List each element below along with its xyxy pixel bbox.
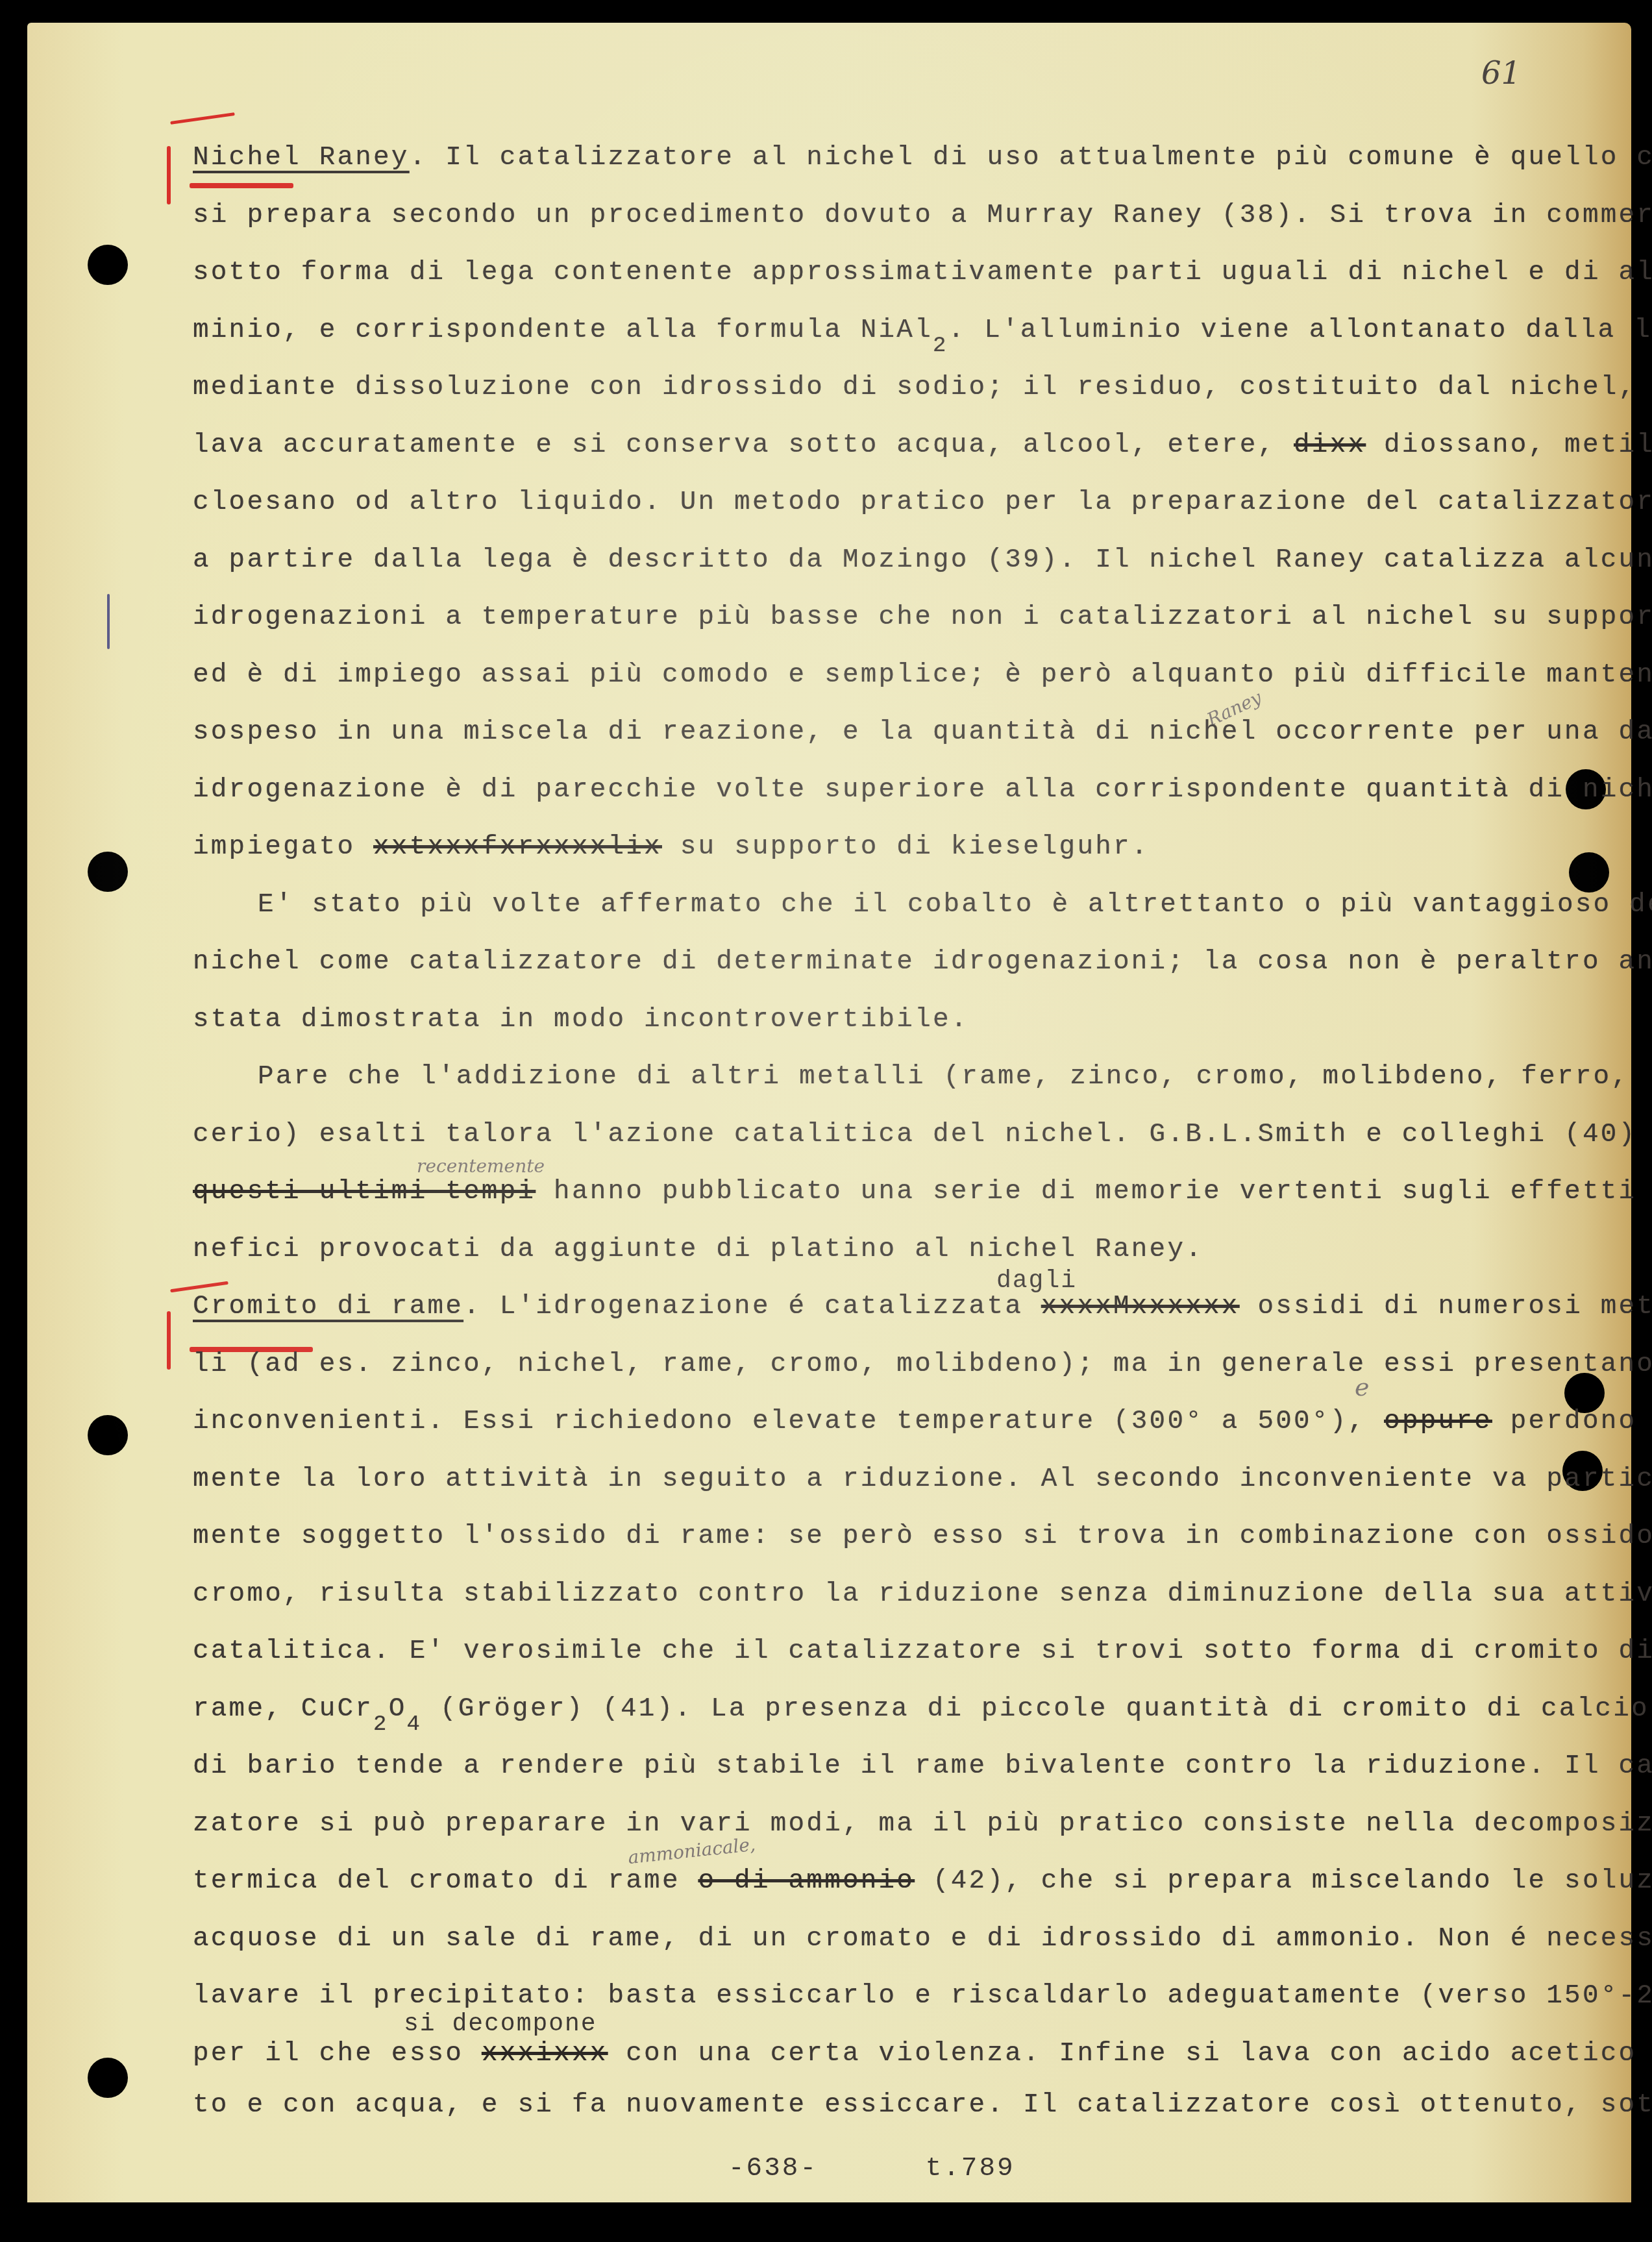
text-line: mediante dissoluzione con idrossido di s… [193, 373, 1652, 402]
text-line: Cromito di rame. L'idrogenazione é catal… [193, 1292, 1652, 1322]
text-line: acquose di un sale di rame, di un cromat… [193, 1924, 1652, 1954]
document-page: 61 Nichel Raney. Il catalizzatore al nic… [27, 23, 1631, 2202]
punch-hole [88, 852, 128, 892]
text-line: cerio) esalti talora l'azione catalitica… [193, 1120, 1652, 1150]
text-line: nefici provocati da aggiunte di platino … [193, 1235, 1203, 1264]
page-footer: -638- t.789 [728, 2154, 1015, 2184]
text-line: di bario tende a rendere più stabile il … [193, 1751, 1652, 1781]
text-line: idrogenazione è di parecchie volte super… [193, 775, 1652, 805]
page-number: -638- [728, 2154, 818, 2184]
text-line: mente soggetto l'ossido di rame: se però… [193, 1521, 1652, 1551]
text-line: questi ultimi tempi hanno pubblicato una… [193, 1177, 1652, 1207]
text-line: nichel come catalizzatore di determinate… [193, 947, 1652, 977]
text-line: impiegato xxtxxxfxrxxxxlix su supporto d… [193, 832, 1150, 862]
text-line: termica del cromato di rame o di ammonio… [193, 1866, 1652, 1896]
tome-number: t.789 [926, 2154, 1015, 2184]
text-line: cloesano od altro liquido. Un metodo pra… [193, 487, 1652, 517]
struck-text: xxtxxxfxrxxxxlix [373, 832, 662, 862]
handwritten-insertion: e [1355, 1373, 1370, 1401]
red-bracket-mark [167, 146, 171, 204]
handwritten-page-number: 61 [1481, 55, 1521, 92]
text-line: zatore si può preparare in vari modi, ma… [193, 1809, 1652, 1839]
text-line: catalitica. E' verosimile che il cataliz… [193, 1636, 1652, 1666]
text-line: rame, CuCr2O4 (Gröger) (41). La presenza… [193, 1694, 1652, 1724]
punch-hole [88, 245, 128, 285]
text-line: idrogenazioni a temperature più basse ch… [193, 602, 1652, 632]
handwritten-insertion: recentemente [417, 1155, 545, 1177]
text-line: cromo, risulta stabilizzato contro la ri… [193, 1579, 1652, 1609]
typed-insertion: dagli [996, 1267, 1077, 1295]
punch-hole [88, 2058, 128, 2098]
red-underline [190, 183, 293, 188]
text-line: lava accuratamente e si conserva sotto a… [193, 430, 1652, 460]
struck-text: dixx [1294, 430, 1366, 460]
typed-insertion: si decompone [404, 2010, 597, 2038]
text-line: E' stato più volte affermato che il coba… [258, 890, 1652, 920]
text-line: stata dimostrata in modo incontrovertibi… [193, 1005, 969, 1035]
text-line: lavare il precipitato: basta essiccarlo … [193, 1981, 1652, 2011]
struck-text: xxxxMxxxxxx [1041, 1292, 1240, 1322]
section-heading: Nichel Raney [193, 143, 410, 173]
text-line: li (ad es. zinco, nichel, rame, cromo, m… [193, 1349, 1652, 1379]
blue-margin-mark [107, 594, 110, 649]
text-line: to e con acqua, e si fa nuovamente essic… [193, 2090, 1652, 2120]
text-line: sospeso in una miscela di reazione, e la… [193, 717, 1652, 747]
text-line: minio, e corrispondente alla formula NiA… [193, 315, 1652, 345]
text-line: sotto forma di lega contenente approssim… [193, 258, 1652, 288]
punch-hole [88, 1415, 128, 1455]
struck-text: xxxixxx [482, 2039, 608, 2069]
text-line: per il che esso xxxixxx con una certa vi… [193, 2039, 1652, 2069]
section-heading: Cromito di rame [193, 1292, 463, 1322]
text-line: a partire dalla lega è descritto da Mozi… [193, 545, 1652, 575]
text-line: mente la loro attività in seguito a ridu… [193, 1464, 1652, 1494]
text-line: inconvenienti. Essi richiedono elevate t… [193, 1407, 1652, 1436]
text-line: si prepara secondo un procedimento dovut… [193, 201, 1652, 230]
red-bracket-mark [170, 1281, 228, 1292]
punch-hole [1569, 852, 1609, 893]
struck-text: o di ammonio [698, 1866, 915, 1896]
text-line: Nichel Raney. Il catalizzatore al nichel… [193, 143, 1652, 173]
red-bracket-mark [170, 112, 235, 125]
text-line: ed è di impiego assai più comodo e sempl… [193, 660, 1652, 690]
struck-text: oppure [1384, 1407, 1492, 1436]
struck-text: questi ultimi tempi [193, 1177, 536, 1207]
red-bracket-mark [167, 1311, 171, 1370]
text-line: Pare che l'addizione di altri metalli (r… [258, 1062, 1629, 1092]
